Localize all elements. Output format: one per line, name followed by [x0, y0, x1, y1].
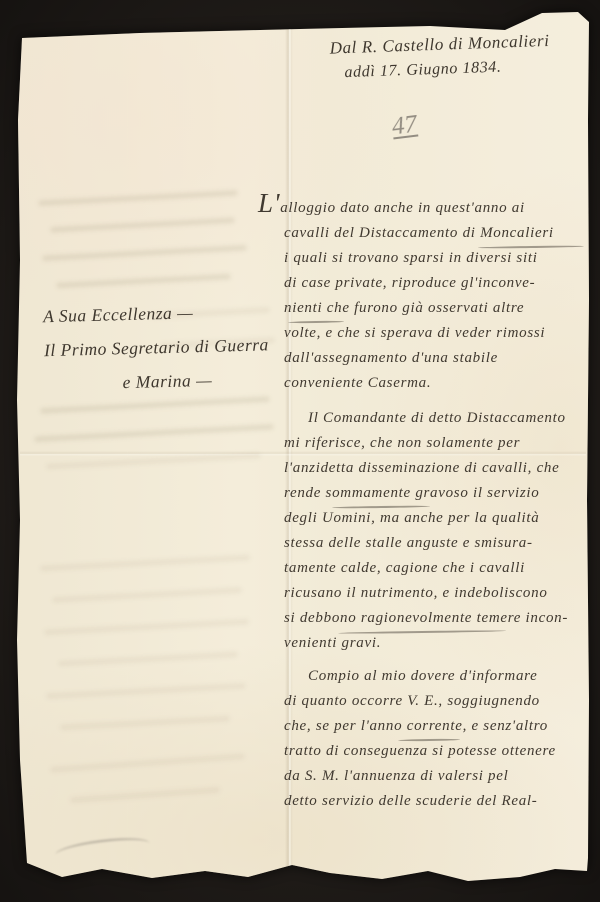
recipient-line-2: Il Primo Segretario di Guerra: [44, 327, 290, 367]
body-paragraph-1: L'alloggio dato anche in quest'anno ai c…: [284, 193, 586, 396]
letter-paper: Dal R. Castello di Moncalieri addì 17. G…: [0, 0, 600, 902]
body-paragraph-2: Il Comandante di detto Distaccamento mi …: [284, 406, 586, 656]
letter-paper-wrapper: Dal R. Castello di Moncalieri addì 17. G…: [0, 0, 600, 902]
recipient-block: A Sua Eccellenza — Il Primo Segretario d…: [43, 293, 291, 401]
dateline-place: Dal R. Castello di Moncalieri: [329, 29, 592, 58]
dateline-date: addì 17. Giugno 1834.: [344, 55, 592, 82]
pencil-smudge: [54, 834, 150, 863]
dateline: Dal R. Castello di Moncalieri addì 17. G…: [329, 29, 592, 82]
letter-body: L'alloggio dato anche in quest'anno ai c…: [256, 193, 586, 814]
pencil-archival-number: 47: [390, 111, 418, 142]
recipient-line-3: e Marina —: [44, 361, 290, 401]
photo-background: Dal R. Castello di Moncalieri addì 17. G…: [0, 0, 600, 902]
